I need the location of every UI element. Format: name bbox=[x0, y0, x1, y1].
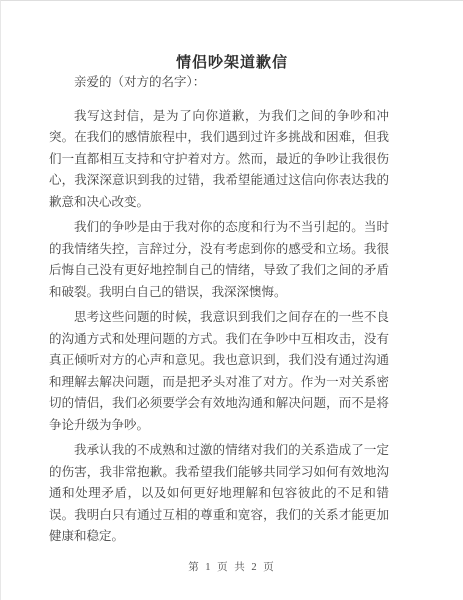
paragraph-3: 思考这些问题的时候，我意识到我们之间存在的一些不良的沟通方式和处理问题的方式。我… bbox=[49, 307, 389, 436]
page-number-footer: 第 1 页 共 2 页 bbox=[1, 559, 463, 574]
document-title: 情侣吵架道歉信 bbox=[1, 1, 463, 72]
paragraph-4: 我承认我的不成熟和过激的情绪对我们的关系造成了一定的伤害，我非常抱歉。我希望我们… bbox=[49, 440, 389, 548]
salutation-line: 亲爱的（对方的名字）： bbox=[1, 72, 463, 94]
paragraph-1: 我写这封信，是为了向你道歉，为我们之间的争吵和冲突。在我们的感情旅程中，我们遇到… bbox=[49, 106, 389, 214]
paragraph-2: 我们的争吵是由于我对你的态度和行为不当引起的。当时的我情绪失控，言辞过分，没有考… bbox=[49, 217, 389, 303]
document-page: 情侣吵架道歉信 亲爱的（对方的名字）： 我写这封信，是为了向你道歉，为我们之间的… bbox=[0, 0, 463, 600]
document-body: 我写这封信，是为了向你道歉，为我们之间的争吵和冲突。在我们的感情旅程中，我们遇到… bbox=[1, 106, 463, 548]
